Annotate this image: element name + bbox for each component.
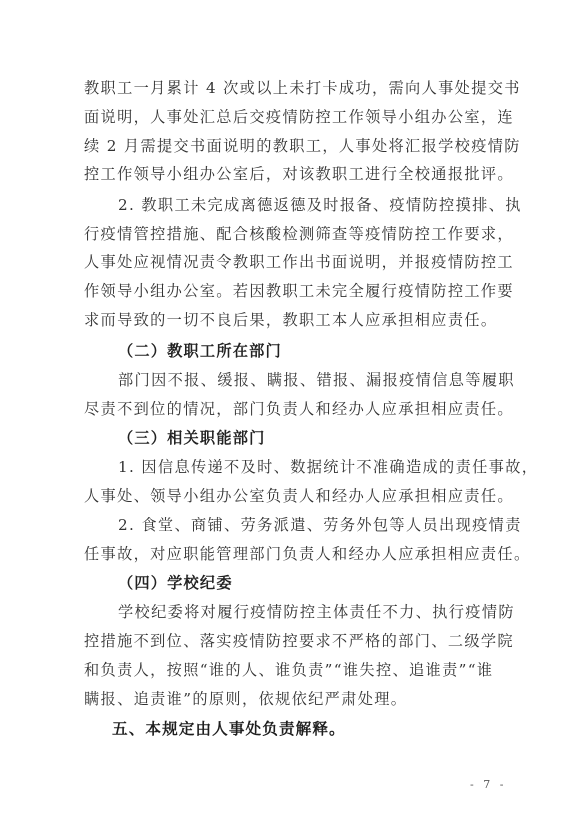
- body-line-9: 求而导致的一切不良后果，教职工本人应承担相应责任。: [84, 306, 514, 335]
- body-line-6: 行疫情管控措施、配合核酸检测筛查等疫情防控工作要求，: [84, 220, 514, 249]
- body-line-21: 和负责人，按照“谁的人、谁负责”“谁失控、追谁责”“谁: [84, 656, 514, 685]
- subheading-functional-departments: （三）相关职能部门: [118, 424, 548, 453]
- body-line-4: 控工作领导小组办公室后，对该教职工进行全校通报批评。: [84, 160, 514, 189]
- page-number: - 7 -: [470, 778, 506, 791]
- body-line-20: 控措施不到位、落实疫情防控要求不严格的部门、二级学院: [84, 627, 514, 656]
- subheading-discipline-committee: （四）学校纪委: [118, 569, 548, 598]
- paragraph-department-start: 部门因不报、缓报、瞒报、错报、漏报疫情信息等履职: [118, 366, 548, 395]
- body-line-15: 人事处、领导小组办公室负责人和经办人应承担相应责任。: [84, 482, 514, 511]
- paragraph-functional-2-start: 2. 食堂、商铺、劳务派遣、劳务外包等人员出现疫情责: [118, 511, 548, 540]
- body-line-7: 人事处应视情况责令教职工作出书面说明，并报疫情防控工: [84, 248, 514, 277]
- body-line-3: 续 2 月需提交书面说明的教职工，人事处将汇报学校疫情防: [84, 132, 514, 161]
- body-line-17: 任事故，对应职能管理部门负责人和经办人应承担相应责任。: [84, 540, 514, 569]
- body-line-12: 尽责不到位的情况，部门负责人和经办人应承担相应责任。: [84, 395, 514, 424]
- section-heading-five: 五、本规定由人事处负责解释。: [112, 715, 542, 744]
- body-line-1: 教职工一月累计 4 次或以上未打卡成功，需向人事处提交书: [84, 74, 514, 103]
- paragraph-functional-1-start: 1. 因信息传递不及时、数据统计不准确造成的责任事故，: [118, 453, 548, 482]
- body-line-8: 作领导小组办公室。若因教职工未完全履行疫情防控工作要: [84, 277, 514, 306]
- paragraph-discipline-start: 学校纪委将对履行疫情防控主体责任不力、执行疫情防: [118, 598, 548, 627]
- body-line-2: 面说明，人事处汇总后交疫情防控工作领导小组办公室，连: [84, 103, 514, 132]
- paragraph-item-2-start: 2. 教职工未完成离德返德及时报备、疫情防控摸排、执: [118, 191, 548, 220]
- subheading-staff-department: （二）教职工所在部门: [118, 337, 548, 366]
- document-page: 教职工一月累计 4 次或以上未打卡成功，需向人事处提交书 面说明，人事处汇总后交…: [0, 0, 587, 827]
- body-line-22: 瞒报、追责谁”的原则，依规依纪严肃处理。: [84, 685, 514, 714]
